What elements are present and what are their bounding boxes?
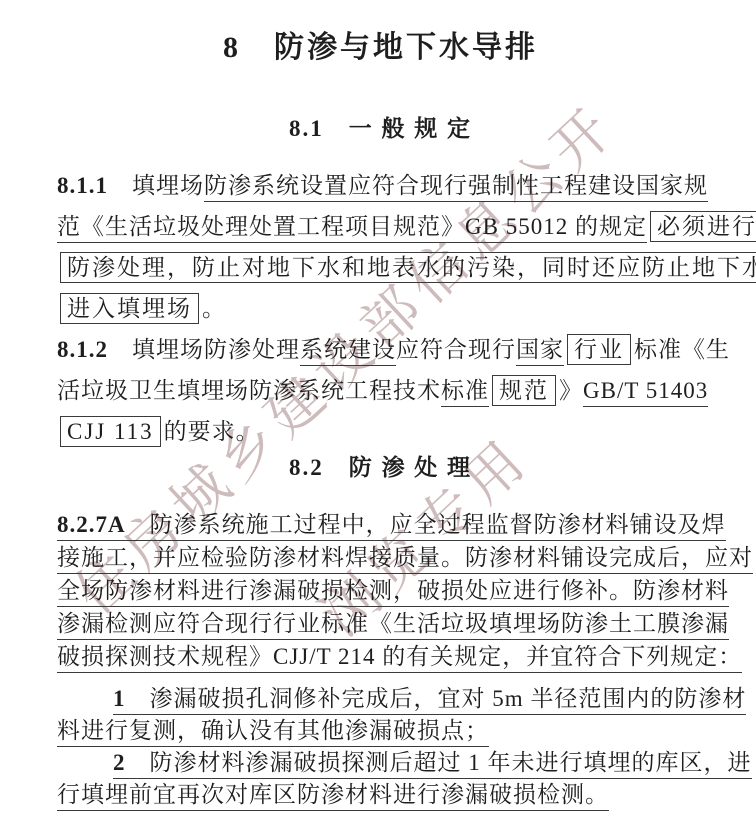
- boxed-text: CJJ 113: [60, 416, 161, 447]
- underlined-text: 2: [113, 750, 126, 779]
- text-line: 1 渗漏破损孔洞修补完成后，宜对 5m 半径范围内的防渗材: [57, 683, 704, 715]
- text-segment: 8.1.1: [57, 173, 108, 201]
- underlined-text: 行填埋前宜再次对库区防渗材料进行渗漏破损检测。: [57, 782, 609, 811]
- text-segment: 填埋场防渗处理: [108, 337, 300, 365]
- underlined-text: 系统建设: [300, 337, 396, 366]
- underlined-text: 8.2.7A: [57, 512, 126, 541]
- text-line: 渗漏检测应符合现行行业标准《生活垃圾填埋场防渗土工膜渗漏: [57, 607, 704, 640]
- text-line: 进入填埋场。: [57, 288, 704, 329]
- underlined-text: GB/T 51403: [583, 378, 708, 407]
- text-line: 8.2.7A 防渗系统施工过程中，应全过程监督防渗材料铺设及焊: [57, 508, 704, 541]
- text-segment: 8.1.2: [57, 337, 108, 365]
- text-line: 范《生活垃圾处理处置工程项目规范》GB 55012 的规定必须进行: [57, 206, 704, 247]
- boxed-text: 必须进行: [650, 211, 756, 242]
- text-segment: 》: [559, 378, 583, 406]
- paragraph: 1 渗漏破损孔洞修补完成后，宜对 5m 半径范围内的防渗材料进行复测，确认没有其…: [57, 683, 704, 747]
- paragraph: 8.1.1 填埋场防渗系统设置应符合现行强制性工程建设国家规范《生活垃圾处理处置…: [57, 165, 704, 329]
- underlined-text: 范《生活垃圾处理处置工程项目规范》GB 55012 的规定: [57, 214, 647, 243]
- text-segment: 。: [202, 296, 226, 324]
- text-line: 8.1.2 填埋场防渗处理系统建设应符合现行国家行业标准《生: [57, 329, 704, 370]
- text-line: 防渗处理，防止对地下水和地表水的污染，同时还应防止地下水: [57, 247, 704, 288]
- paragraph: 2 防渗材料渗漏破损探测后超过 1 年未进行填埋的库区，进行填埋前宜再次对库区防…: [57, 747, 704, 811]
- boxed-text: 防渗处理，防止对地下水和地表水的污染，同时还应防止地下水: [60, 252, 756, 283]
- document-page: 8 防渗与地下水导排 8.1 一 般 规 定 8.1.1 填埋场防渗系统设置应符…: [0, 0, 756, 836]
- text-segment: 标准《生: [634, 337, 730, 365]
- boxed-text: 进入填埋场: [60, 293, 199, 324]
- section-heading-8-2: 8.2 防 渗 处 理: [57, 454, 704, 482]
- underlined-text: 防渗系统施工过程中，应全过程监督防渗材料铺设及焊: [126, 512, 726, 541]
- underlined-text: 接施工，并应检验防渗材料焊接质量。防渗材料铺设完成后，应对: [57, 545, 753, 574]
- paragraph: 8.1.2 填埋场防渗处理系统建设应符合现行国家行业标准《生活垃圾卫生填埋场防渗…: [57, 329, 704, 452]
- paragraph: 8.2.7A 防渗系统施工过程中，应全过程监督防渗材料铺设及焊接施工，并应检验防…: [57, 508, 704, 673]
- text-segment: 的要求。: [164, 419, 260, 447]
- chapter-title: 8 防渗与地下水导排: [57, 30, 704, 66]
- text-segment: 活垃圾卫生填埋场防渗系统工程技术: [57, 378, 441, 406]
- section-heading-8-1: 8.1 一 般 规 定: [57, 115, 704, 143]
- text-line: 8.1.1 填埋场防渗系统设置应符合现行强制性工程建设国家规: [57, 165, 704, 206]
- text-line: 接施工，并应检验防渗材料焊接质量。防渗材料铺设完成后，应对: [57, 541, 704, 574]
- underlined-text: 防渗材料渗漏破损探测后超过 1 年未进行填埋的库区，进: [126, 750, 752, 779]
- section-body-8-2: 8.2.7A 防渗系统施工过程中，应全过程监督防渗材料铺设及焊接施工，并应检验防…: [57, 508, 704, 811]
- text-line: 全场防渗材料进行渗漏破损检测，破损处应进行修补。防渗材料: [57, 574, 704, 607]
- text-segment: 填埋场: [108, 173, 204, 201]
- boxed-text: 行业: [567, 334, 631, 365]
- underlined-text: 渗漏检测应符合现行行业标准《生活垃圾填埋场防渗土工膜渗漏: [57, 611, 729, 640]
- underlined-text: 国家: [516, 337, 564, 366]
- section-body-8-1: 8.1.1 填埋场防渗系统设置应符合现行强制性工程建设国家规范《生活垃圾处理处置…: [57, 165, 704, 452]
- underlined-text: 渗漏破损孔洞修补完成后，宜对 5m 半径范围内的防渗材: [126, 686, 747, 715]
- text-line: 破损探测技术规程》CJJ/T 214 的有关规定，并宜符合下列规定：: [57, 640, 704, 673]
- underlined-text: 标准: [441, 378, 489, 407]
- underlined-text: 破损探测技术规程》CJJ/T 214 的有关规定，并宜符合下列规定：: [57, 644, 742, 673]
- underlined-text: 全场防渗材料进行渗漏破损检测，破损处应进行修补。防渗材料: [57, 578, 729, 607]
- boxed-text: 规范: [492, 375, 556, 406]
- text-line: 活垃圾卫生填埋场防渗系统工程技术标准规范》GB/T 51403: [57, 370, 704, 411]
- text-line: 2 防渗材料渗漏破损探测后超过 1 年未进行填埋的库区，进: [57, 747, 704, 779]
- underlined-text: 防渗系统设置应符合现行强制性工程建设国家规: [204, 173, 708, 202]
- underlined-text: 料进行复测，确认没有其他渗漏破损点；: [57, 718, 489, 747]
- text-line: CJJ 113的要求。: [57, 411, 704, 452]
- text-segment: 应符合现行: [396, 337, 516, 365]
- text-line: 行填埋前宜再次对库区防渗材料进行渗漏破损检测。: [57, 779, 704, 811]
- underlined-text: 1: [113, 686, 126, 715]
- text-line: 料进行复测，确认没有其他渗漏破损点；: [57, 715, 704, 747]
